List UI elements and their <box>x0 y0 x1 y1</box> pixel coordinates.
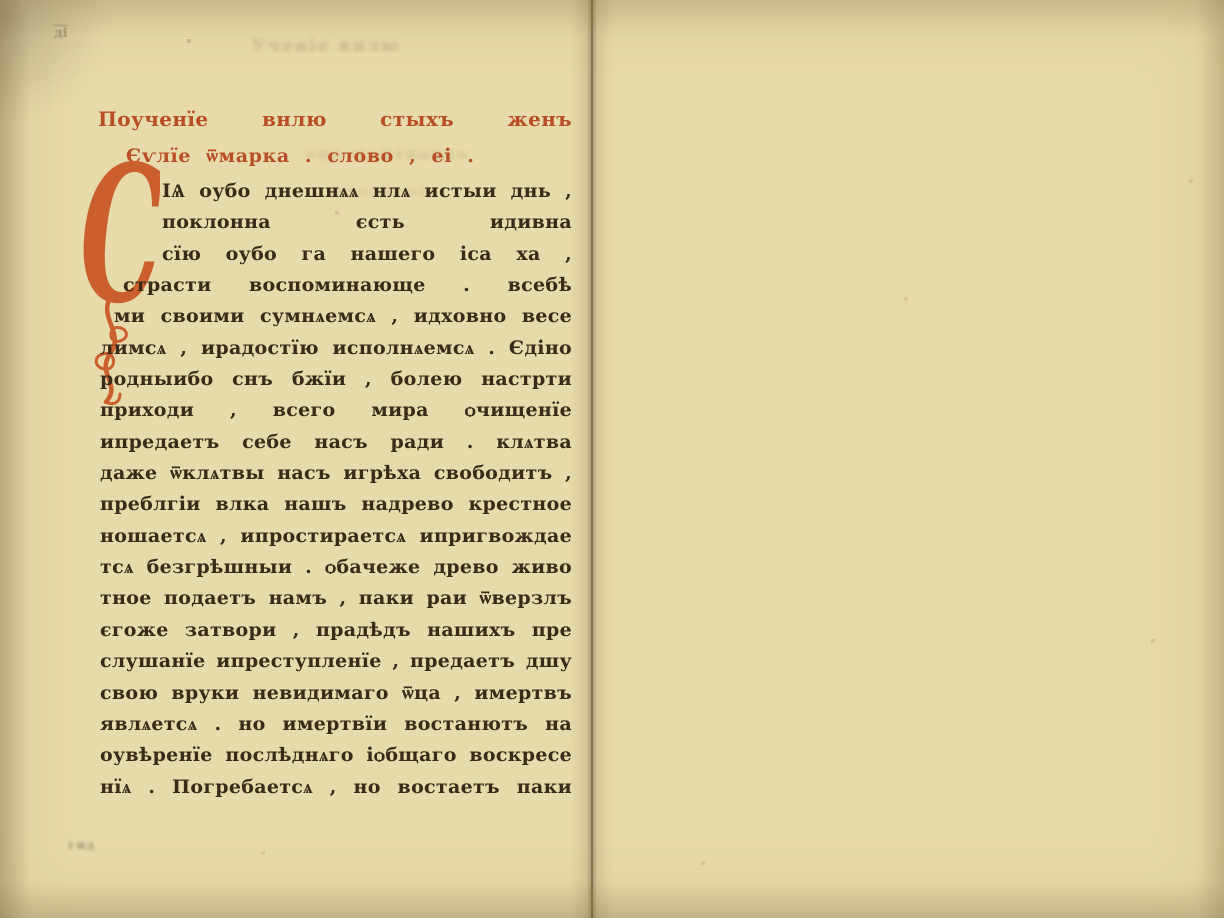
text-line: ипредаетъ себе насъ ради . клѧтва бывъ , <box>100 427 572 458</box>
text-line: приходи , всего мира ѻчищенїе испасенїе … <box>100 395 572 426</box>
text-line: явлѧетсѧ . но имертвїи востанютъ на <box>100 709 572 740</box>
text-segment: нїѧ . Погребаетсѧ , но востаетъ паки <box>100 776 572 798</box>
gospel-rubric: Єѵлїе ѿмарка . слово , еі . <box>126 140 486 172</box>
text-segment: родныибо снъ бжїи , болею настрти самъ <box>100 368 572 395</box>
homily-title: Поученїе внлю стыхъ женъ мѷроносицъ . <box>98 103 572 135</box>
text-line: даже ѿклѧтвы насъ игрѣха свободитъ , <box>100 458 572 489</box>
text-segment: свою вруки невидимаго ѿца , имертвъ <box>100 682 572 704</box>
text-segment: преблгіи влка нашъ надрево крестное воз <box>100 493 572 520</box>
text-line: ношаетсѧ , ипростираетсѧ ипригвождае <box>100 521 572 552</box>
left-text-column: ІѦ оубо днешнѧѧ нлѧ истыи днь ,поклонна … <box>100 176 572 803</box>
text-line: тное подаетъ намъ , паки раи ѿверзлъ <box>100 583 572 614</box>
text-segment: єгоже затвори , прадѣдъ нашихъ пре <box>100 619 572 641</box>
text-line: сїю оубо га нашего іса ха , бжтвеныѧ <box>100 239 572 270</box>
text-line: поклонна єсть идивна испасителна . въ <box>100 207 572 238</box>
text-segment: ипредаетъ себе насъ ради . клѧтва бывъ , <box>100 431 572 458</box>
text-segment: явлѧетсѧ . но имертвїи востанютъ на <box>100 713 572 735</box>
text-segment: лимсѧ , ирадостїю исполнѧемсѧ . Єдіно <box>100 337 572 359</box>
text-segment: тсѧ безгрѣшныи . ѻбачеже древо живо <box>100 556 572 578</box>
text-segment: поклонна єсть идивна испасителна . въ <box>162 211 572 238</box>
text-segment: ми своими сумнѧемсѧ , идховно весе <box>114 305 572 327</box>
text-line: свою вруки невидимаго ѿца , имертвъ <box>100 678 572 709</box>
text-line: тсѧ безгрѣшныи . ѻбачеже древо живо <box>100 552 572 583</box>
text-segment: ІѦ оубо днешнѧѧ нлѧ истыи днь , <box>162 180 572 202</box>
text-line: родныибо снъ бжїи , болею настрти самъ <box>100 364 572 395</box>
text-line: нїѧ . Погребаетсѧ , но востаетъ паки <box>100 772 572 803</box>
text-segment: оувѣренїе послѣднѧго іѻбщаго воскресе <box>100 744 572 766</box>
bleedthrough-header: Ученїе внлю <box>252 36 492 56</box>
left-folio-number: ді <box>54 26 68 41</box>
left-page: ді Ученїе внлю ѡнд мантванаѡ монавтнаѧ П… <box>0 0 590 918</box>
text-line: ІѦ оубо днешнѧѧ нлѧ истыи днь , <box>100 176 572 207</box>
text-line: лимсѧ , ирадостїю исполнѧемсѧ . Єдіно <box>100 333 572 364</box>
text-line: ми своими сумнѧемсѧ , идховно весе <box>100 301 572 332</box>
text-segment: слушанїе ипреступленїе , предаетъ дшу <box>100 650 572 672</box>
text-segment: даже ѿклѧтвы насъ игрѣха свободитъ , <box>100 462 572 484</box>
text-segment: страсти воспоминающе . всебѣ страсть <box>123 274 572 301</box>
text-segment: ношаетсѧ , ипростираетсѧ ипригвождае <box>100 525 572 547</box>
text-segment: приходи , всего мира ѻчищенїе испасенїе … <box>100 399 572 426</box>
right-page: внли мѷроносицъ еі яко крѣпокъ исиленъ .… <box>592 0 1224 918</box>
text-segment: сїю оубо га нашего іса ха , бжтвеныѧ <box>162 243 572 270</box>
book-spread-photo: ді Ученїе внлю ѡнд мантванаѡ монавтнаѧ П… <box>0 0 1224 918</box>
text-line: оувѣренїе послѣднѧго іѻбщаго воскресе <box>100 740 572 771</box>
text-line: слушанїе ипреступленїе , предаетъ дшу <box>100 646 572 677</box>
text-line: преблгіи влка нашъ надрево крестное воз <box>100 489 572 520</box>
ink-smudge: гид <box>68 838 95 852</box>
text-line: єгоже затвори , прадѣдъ нашихъ пре <box>100 615 572 646</box>
text-segment: тное подаетъ намъ , паки раи ѿверзлъ <box>100 587 572 609</box>
text-line: страсти воспоминающе . всебѣ страсть <box>100 270 572 301</box>
